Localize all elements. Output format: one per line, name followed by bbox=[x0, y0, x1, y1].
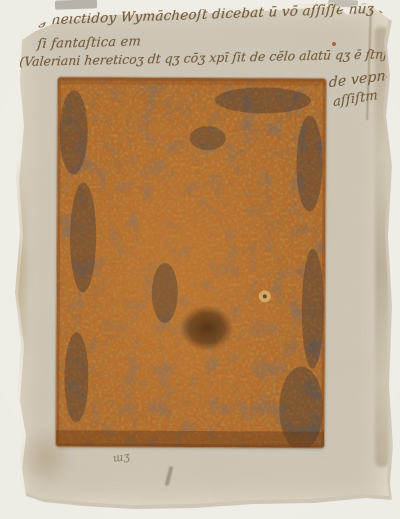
stain-left-edge bbox=[5, 152, 31, 392]
smudge-mark bbox=[165, 466, 174, 486]
stain-blob bbox=[180, 305, 234, 351]
margin-flourish: ʅ bbox=[14, 14, 23, 29]
artifact-photo: ʅ ſng heictidoy Wymācheoſt dicebat ū vō … bbox=[0, 0, 400, 519]
mat-sliver-left bbox=[55, 0, 97, 10]
inscription-line-2: ſi fantaſtica em bbox=[37, 34, 142, 52]
parchment-leaf: ʅ ſng heictidoy Wymācheoſt dicebat ū vō … bbox=[11, 2, 391, 510]
inscription-side-1: de vepne bbox=[329, 67, 395, 91]
textile-panel bbox=[56, 77, 326, 447]
ink-speck bbox=[332, 42, 336, 46]
inscription-side-2: aſſiſtm bbox=[333, 88, 378, 110]
inscription-bottom-mark: ɯʒ bbox=[112, 450, 131, 465]
flaw-ring-center bbox=[263, 294, 267, 298]
textile-texture bbox=[56, 77, 326, 447]
